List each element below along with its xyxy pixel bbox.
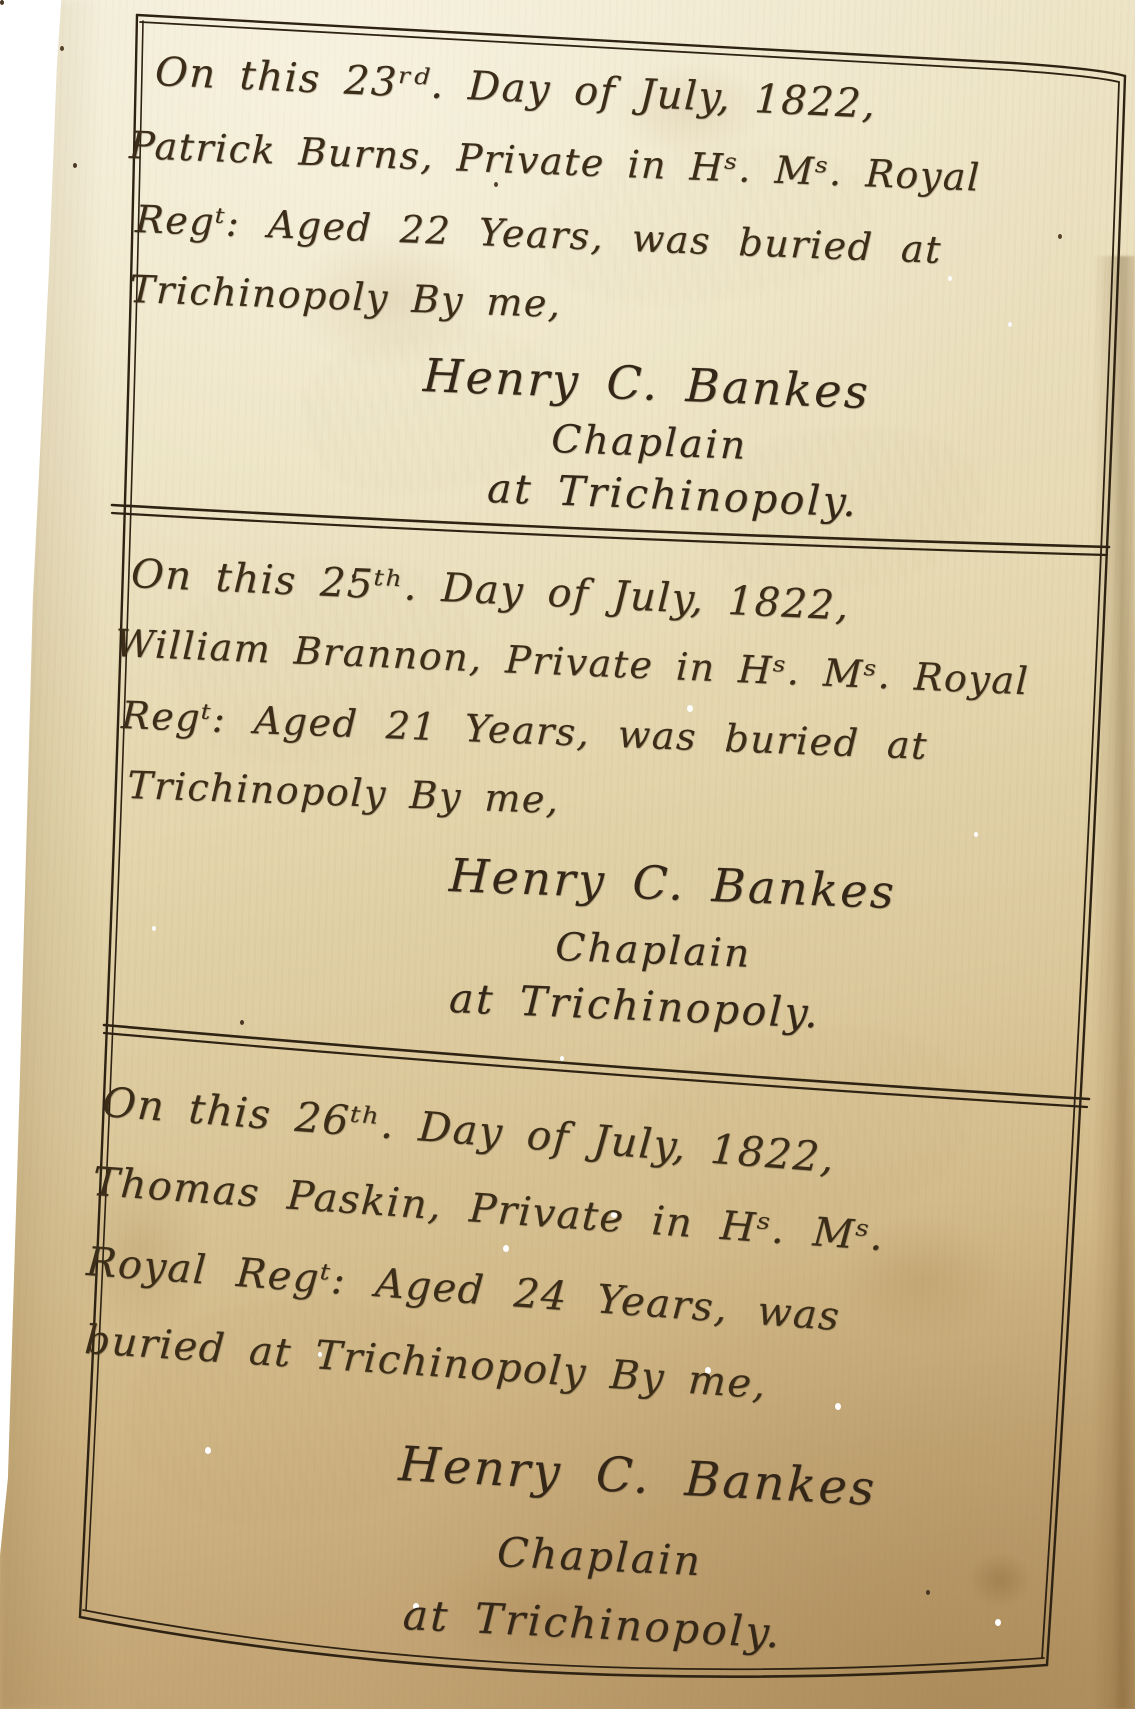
signature-title: Chaplain <box>555 928 753 974</box>
scanned-register-page: On this 23ʳᵈ. Day of July, 1822, Patrick… <box>0 0 1135 1709</box>
frame-border <box>80 15 1125 1677</box>
signature-title: Chaplain <box>496 1532 703 1582</box>
signature-title: Chaplain <box>551 420 749 466</box>
